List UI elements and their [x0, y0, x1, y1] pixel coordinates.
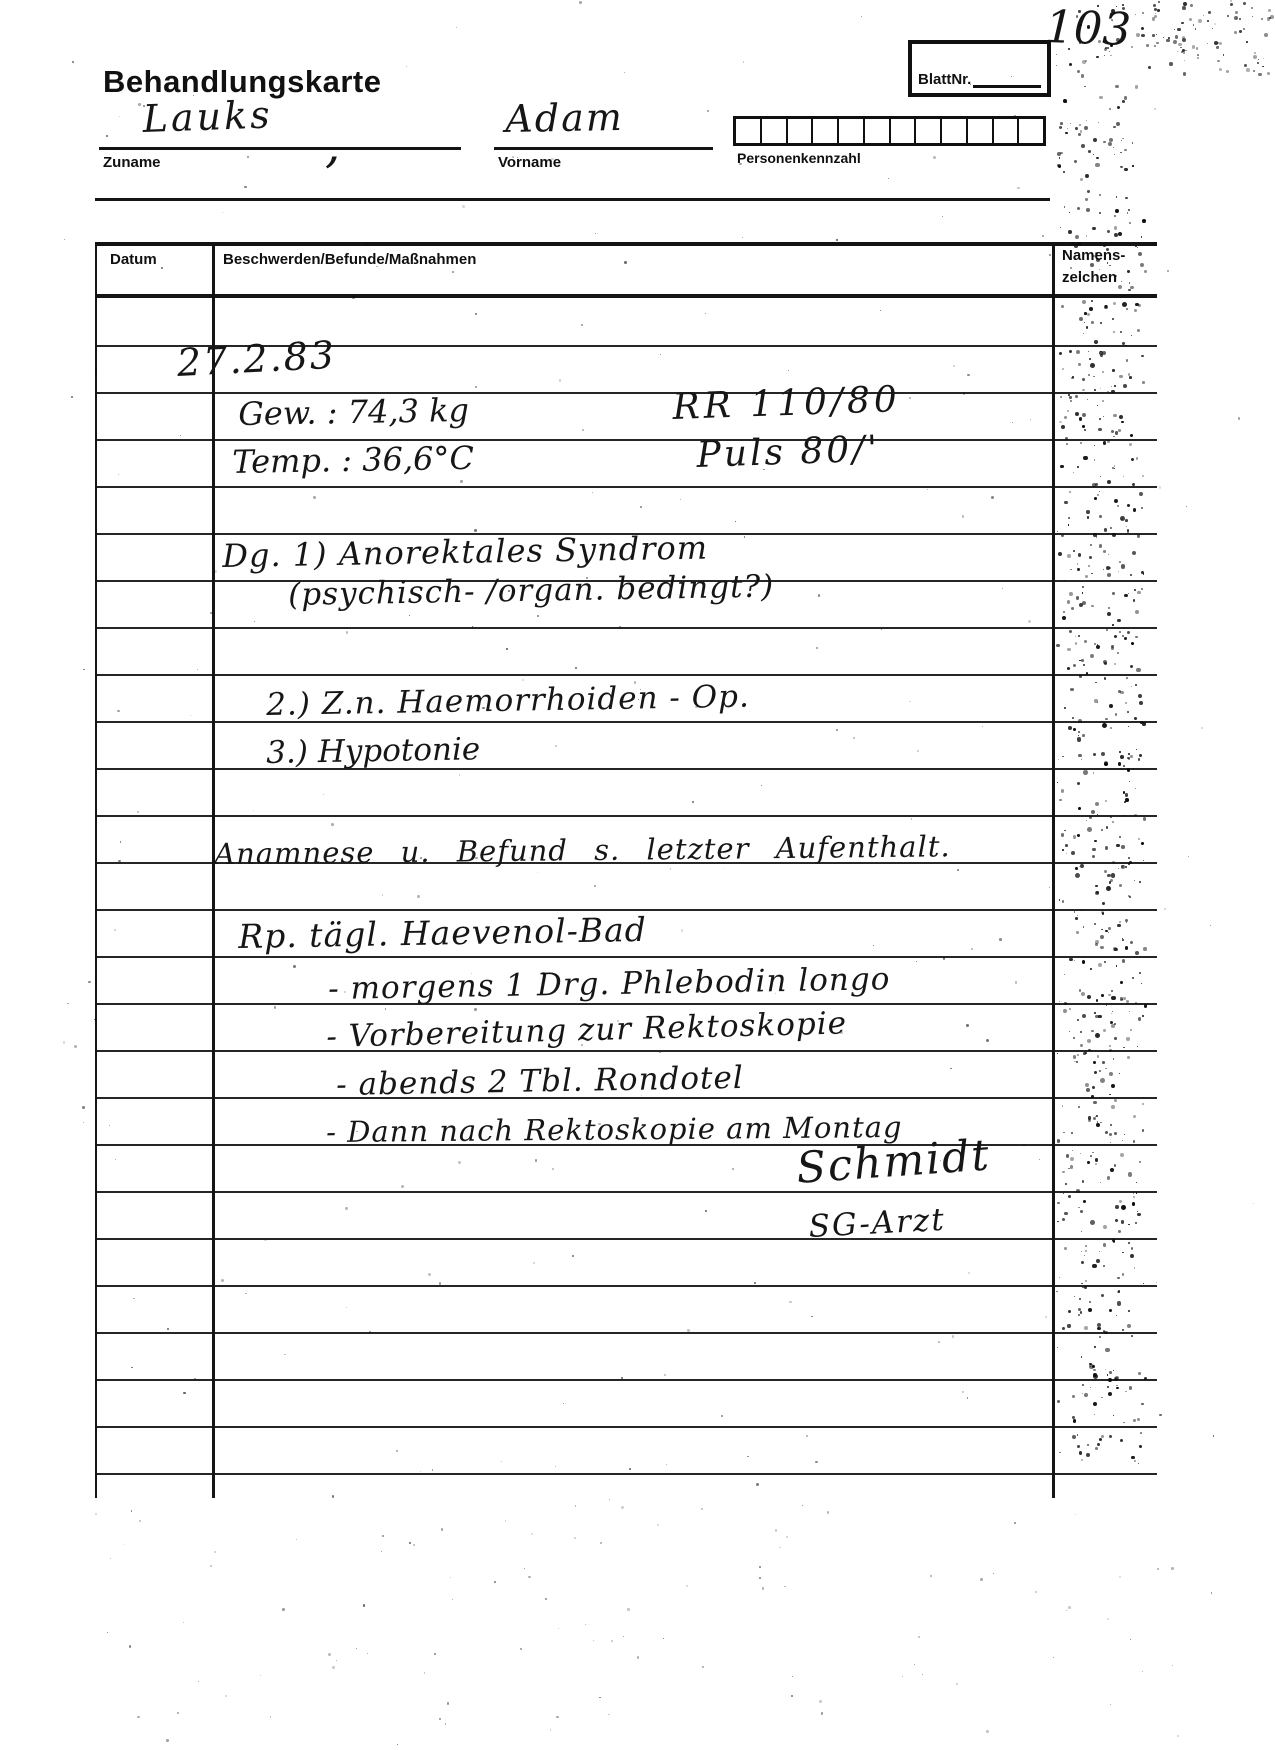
noise-speck — [1102, 351, 1106, 355]
noise-speck — [1119, 1073, 1120, 1074]
noise-speck — [114, 929, 116, 931]
noise-speck — [1124, 801, 1126, 803]
noise-speck — [1077, 1445, 1080, 1448]
pkz-cell — [762, 119, 788, 143]
noise-speck — [1114, 1377, 1118, 1381]
noise-speck — [1135, 636, 1138, 639]
noise-speck — [1102, 723, 1107, 728]
noise-speck — [881, 629, 882, 630]
noise-speck — [1061, 833, 1064, 836]
noise-speck — [918, 1636, 920, 1638]
noise-speck — [1113, 302, 1117, 306]
noise-speck — [909, 397, 911, 399]
noise-speck — [64, 239, 65, 240]
noise-speck — [680, 499, 681, 500]
noise-speck — [401, 1185, 404, 1188]
noise-speck — [574, 1537, 576, 1539]
noise-speck — [445, 1723, 447, 1725]
noise-speck — [1082, 734, 1085, 737]
noise-speck — [1102, 902, 1105, 905]
noise-speck — [916, 961, 917, 962]
column-header-beschwerden: Beschwerden/Befunde/Maßnahmen — [223, 251, 476, 268]
noise-speck — [88, 981, 91, 984]
vorname-handwritten-value: Adam — [505, 98, 624, 138]
noise-speck — [1079, 675, 1082, 678]
noise-speck — [517, 157, 518, 158]
noise-speck — [1094, 497, 1097, 500]
noise-speck — [1084, 429, 1086, 431]
noise-speck — [83, 669, 85, 671]
noise-speck — [621, 1377, 622, 1378]
noise-speck — [1119, 631, 1121, 633]
noise-speck — [1111, 1013, 1112, 1014]
noise-speck — [962, 1391, 965, 1394]
noise-speck — [328, 1653, 331, 1656]
noise-speck — [1133, 599, 1136, 602]
noise-speck — [1074, 960, 1075, 961]
noise-speck — [1107, 1618, 1109, 1620]
noise-speck — [1077, 834, 1080, 837]
noise-speck — [452, 1599, 453, 1600]
noise-speck — [1128, 1172, 1132, 1176]
noise-speck — [1088, 351, 1090, 353]
noise-speck — [1100, 322, 1102, 324]
noise-speck — [1077, 466, 1080, 469]
noise-speck — [1104, 55, 1105, 56]
noise-speck — [1152, 34, 1155, 37]
noise-speck — [1093, 1101, 1097, 1105]
noise-speck — [1102, 371, 1104, 373]
table-header-bottom-border — [95, 294, 1157, 298]
noise-speck — [1057, 782, 1058, 783]
ruled-line — [95, 956, 1157, 958]
noise-speck — [1125, 866, 1127, 868]
noise-speck — [1084, 640, 1087, 643]
noise-speck — [579, 1, 582, 4]
noise-speck — [1067, 600, 1071, 604]
noise-speck — [1223, 54, 1225, 56]
noise-speck — [458, 1161, 461, 1164]
noise-speck — [1115, 209, 1119, 213]
noise-speck — [1095, 682, 1097, 684]
noise-speck — [1068, 726, 1072, 730]
noise-speck — [1073, 728, 1077, 732]
noise-speck — [1129, 376, 1132, 379]
noise-speck — [74, 1045, 77, 1048]
noise-speck — [1137, 591, 1141, 595]
noise-speck — [1066, 443, 1068, 445]
noise-speck — [922, 1674, 923, 1675]
noise-speck — [366, 243, 368, 245]
noise-speck — [313, 496, 316, 499]
noise-speck — [1104, 762, 1108, 766]
noise-speck — [1126, 526, 1127, 527]
noise-speck — [1068, 1195, 1071, 1198]
noise-speck — [417, 895, 420, 898]
noise-speck — [1082, 586, 1084, 588]
noise-speck — [274, 1006, 277, 1009]
noise-speck — [1030, 419, 1031, 420]
noise-speck — [1143, 817, 1147, 821]
noise-speck — [1064, 501, 1068, 505]
noise-speck — [1073, 1055, 1076, 1058]
noise-speck — [1078, 133, 1081, 136]
noise-speck — [1188, 856, 1189, 857]
noise-speck — [1203, 15, 1205, 17]
noise-speck — [968, 1272, 970, 1274]
noise-speck — [1080, 1210, 1083, 1213]
noise-speck — [424, 1672, 426, 1674]
noise-speck — [1219, 68, 1222, 71]
noise-speck — [1119, 1576, 1121, 1578]
noise-speck — [1142, 219, 1146, 223]
noise-speck — [106, 135, 108, 137]
noise-speck — [1081, 1251, 1082, 1252]
noise-speck — [331, 823, 334, 826]
noise-speck — [83, 1122, 84, 1123]
noise-speck — [1079, 1451, 1082, 1454]
noise-speck — [1105, 846, 1108, 849]
noise-speck — [1133, 1419, 1136, 1422]
noise-speck — [1226, 70, 1230, 74]
noise-speck — [1078, 10, 1080, 12]
noise-speck — [1099, 491, 1100, 492]
noise-speck — [138, 103, 141, 106]
noise-speck — [1090, 968, 1092, 970]
noise-speck — [1069, 350, 1072, 353]
noise-speck — [1107, 1374, 1109, 1376]
noise-speck — [1068, 517, 1070, 519]
noise-speck — [1190, 4, 1193, 7]
noise-speck — [1113, 1058, 1114, 1059]
noise-speck — [816, 647, 818, 649]
entry-date: 27.2.83 — [176, 336, 337, 382]
noise-speck — [1079, 417, 1083, 421]
noise-speck — [1085, 174, 1090, 179]
noise-speck — [1238, 417, 1241, 420]
noise-speck — [1096, 258, 1100, 262]
noise-speck — [1157, 1568, 1158, 1569]
noise-speck — [657, 1524, 659, 1526]
noise-speck — [1059, 799, 1062, 802]
noise-speck — [1105, 718, 1108, 721]
noise-speck — [1096, 1259, 1100, 1263]
noise-speck — [1116, 122, 1121, 127]
noise-speck — [1135, 788, 1136, 789]
noise-speck — [1119, 884, 1122, 887]
noise-speck — [1234, 16, 1238, 20]
doctor-signature: Schmidt — [795, 1134, 992, 1190]
noise-speck — [1130, 1254, 1134, 1258]
noise-speck — [1090, 363, 1095, 368]
noise-speck — [1081, 1459, 1083, 1461]
noise-speck — [1075, 642, 1078, 645]
noise-speck — [1076, 15, 1079, 18]
noise-speck — [244, 186, 247, 189]
noise-speck — [1117, 1277, 1120, 1280]
noise-speck — [1068, 1606, 1071, 1609]
noise-speck — [1108, 607, 1110, 609]
noise-speck — [1073, 472, 1074, 473]
noise-speck — [594, 885, 596, 887]
noise-speck — [1121, 140, 1123, 142]
noise-speck — [938, 1341, 940, 1343]
noise-speck — [1059, 899, 1061, 901]
noise-speck — [284, 1354, 286, 1356]
noise-speck — [1056, 644, 1059, 647]
noise-speck — [1262, 66, 1264, 68]
noise-speck — [1090, 654, 1094, 658]
noise-speck — [119, 116, 120, 117]
noise-speck — [1094, 840, 1097, 843]
noise-speck — [1086, 235, 1088, 237]
noise-speck — [194, 1378, 196, 1380]
noise-speck — [1073, 1037, 1075, 1039]
noise-speck — [1120, 152, 1121, 153]
noise-speck — [1267, 17, 1271, 21]
noise-speck — [183, 1622, 184, 1623]
ruled-line — [95, 1473, 1157, 1475]
noise-speck — [1079, 989, 1082, 992]
noise-speck — [1102, 912, 1105, 915]
noise-speck — [836, 239, 837, 240]
noise-speck — [1084, 1255, 1085, 1256]
noise-speck — [1252, 16, 1253, 17]
noise-speck — [1135, 245, 1137, 247]
noise-speck — [821, 118, 822, 119]
noise-speck — [1120, 166, 1123, 169]
noise-speck — [1163, 37, 1164, 38]
noise-speck — [1062, 900, 1065, 903]
noise-speck — [1119, 836, 1122, 839]
noise-speck — [1093, 1117, 1096, 1120]
noise-speck — [1253, 55, 1257, 59]
noise-speck — [1131, 1335, 1133, 1337]
noise-speck — [1154, 108, 1156, 110]
noise-speck — [1135, 303, 1138, 306]
noise-speck — [1075, 1514, 1076, 1515]
noise-speck — [1104, 1331, 1108, 1335]
vorname-label: Vorname — [498, 154, 561, 171]
noise-speck — [1130, 574, 1132, 576]
noise-speck — [1217, 60, 1219, 62]
noise-speck — [993, 1573, 994, 1574]
noise-speck — [1142, 475, 1144, 477]
noise-speck — [1159, 1414, 1162, 1417]
noise-speck — [1014, 115, 1016, 117]
noise-speck — [1081, 1261, 1084, 1264]
diagnosis-line: (psychisch- /organ. bedingt?) — [288, 572, 774, 611]
noise-speck — [1087, 995, 1091, 999]
noise-speck — [1097, 494, 1099, 496]
noise-speck — [1264, 33, 1268, 37]
noise-speck — [1093, 376, 1095, 378]
noise-speck — [118, 474, 119, 475]
noise-speck — [1113, 436, 1115, 438]
noise-speck — [137, 1716, 140, 1719]
noise-speck — [1101, 829, 1103, 831]
noise-speck — [598, 1123, 600, 1125]
noise-speck — [563, 1403, 564, 1404]
noise-speck — [1111, 430, 1114, 433]
noise-speck — [681, 929, 684, 932]
noise-speck — [1062, 616, 1066, 620]
noise-speck — [1101, 929, 1103, 931]
noise-speck — [1074, 911, 1075, 912]
noise-speck — [385, 1008, 387, 1010]
pkz-cell — [736, 119, 762, 143]
noise-speck — [786, 1536, 788, 1538]
noise-speck — [1073, 550, 1075, 552]
noise-speck — [1089, 556, 1092, 559]
noise-speck — [482, 707, 485, 710]
noise-speck — [293, 965, 296, 968]
noise-speck — [1131, 458, 1135, 462]
noise-speck — [1092, 1152, 1094, 1154]
noise-speck — [1144, 270, 1148, 274]
noise-speck — [1239, 30, 1243, 34]
noise-speck — [1079, 1298, 1081, 1300]
noise-speck — [1072, 717, 1074, 719]
noise-speck — [953, 365, 955, 367]
namenszeichen-column-divider — [1052, 242, 1055, 1498]
personenkennzahl-label: Personenkennzahl — [737, 150, 861, 166]
noise-speck — [663, 1638, 664, 1639]
noise-speck — [1110, 1021, 1113, 1024]
noise-speck — [1065, 132, 1068, 135]
noise-speck — [1107, 1176, 1111, 1180]
noise-speck — [623, 1636, 624, 1637]
noise-speck — [1064, 707, 1067, 710]
noise-speck — [1080, 864, 1084, 868]
noise-speck — [1119, 921, 1121, 923]
therapy-line: Rp. tägl. Haevenol-Bad — [238, 913, 647, 953]
noise-speck — [1057, 164, 1060, 167]
noise-speck — [927, 489, 928, 490]
ruled-line — [95, 627, 1157, 629]
noise-speck — [827, 1511, 830, 1514]
noise-speck — [1128, 593, 1129, 594]
noise-speck — [1139, 1161, 1141, 1163]
noise-speck — [1108, 932, 1110, 934]
noise-speck — [1077, 1434, 1079, 1436]
noise-speck — [1183, 72, 1186, 75]
noise-speck — [1141, 1403, 1143, 1405]
noise-speck — [1120, 331, 1122, 333]
noise-speck — [1094, 459, 1096, 461]
noise-speck — [744, 536, 746, 538]
noise-speck — [1114, 154, 1115, 155]
noise-speck — [819, 1700, 821, 1702]
noise-speck — [450, 1577, 451, 1578]
noise-speck — [1139, 492, 1143, 496]
noise-speck — [1015, 981, 1018, 984]
noise-speck — [1111, 873, 1115, 877]
noise-speck — [528, 1576, 531, 1579]
anamnese-note: Anamnese u. Befund s. letzter Aufenthalt… — [214, 832, 951, 869]
noise-speck — [1129, 443, 1132, 446]
noise-speck — [1114, 215, 1116, 217]
noise-speck — [1099, 269, 1100, 270]
noise-speck — [1227, 15, 1229, 17]
noise-speck — [1084, 1326, 1088, 1330]
noise-speck — [1102, 1061, 1105, 1064]
noise-speck — [1061, 789, 1064, 792]
noise-speck — [1109, 265, 1110, 266]
noise-speck — [1182, 6, 1186, 10]
noise-speck — [1069, 592, 1073, 596]
noise-speck — [459, 774, 461, 776]
noise-speck — [1091, 605, 1094, 608]
noise-speck — [332, 1495, 334, 1497]
noise-speck — [950, 1068, 952, 1070]
noise-speck — [1108, 1378, 1112, 1382]
noise-speck — [1082, 592, 1084, 594]
noise-speck — [110, 1558, 111, 1559]
noise-speck — [1074, 1296, 1075, 1297]
noise-speck — [1124, 149, 1126, 151]
noise-speck — [1035, 1591, 1038, 1594]
noise-speck — [1196, 47, 1199, 50]
noise-speck — [1062, 1327, 1065, 1330]
noise-speck — [1105, 1131, 1108, 1134]
noise-speck — [702, 1666, 704, 1668]
noise-speck — [193, 95, 194, 96]
noise-speck — [1081, 992, 1085, 996]
noise-speck — [1107, 480, 1111, 484]
noise-speck — [474, 1008, 477, 1011]
noise-speck — [1185, 50, 1187, 52]
noise-speck — [1138, 252, 1142, 256]
noise-speck — [1253, 1203, 1254, 1204]
noise-speck — [460, 480, 462, 482]
noise-speck — [1085, 1280, 1087, 1282]
noise-speck — [917, 750, 919, 752]
noise-speck — [1132, 1427, 1133, 1428]
noise-speck — [1067, 667, 1070, 670]
noise-speck — [1112, 821, 1114, 823]
noise-speck — [1253, 70, 1255, 72]
noise-speck — [247, 156, 249, 158]
noise-speck — [1097, 1055, 1100, 1058]
noise-speck — [1128, 1242, 1130, 1244]
noise-speck — [1080, 442, 1082, 444]
noise-speck — [1111, 1024, 1114, 1027]
noise-speck — [1119, 561, 1121, 563]
noise-speck — [789, 1301, 791, 1303]
noise-speck — [1108, 1392, 1112, 1396]
noise-speck — [1139, 1445, 1142, 1448]
noise-speck — [1080, 1031, 1083, 1034]
noise-speck — [1075, 395, 1078, 398]
noise-speck — [1095, 802, 1099, 806]
noise-speck — [1049, 254, 1051, 256]
noise-speck — [376, 266, 377, 267]
vorname-underline — [494, 147, 713, 150]
noise-speck — [1117, 505, 1119, 507]
noise-speck — [1091, 1030, 1093, 1032]
noise-speck — [1078, 731, 1080, 733]
noise-speck — [67, 1003, 68, 1004]
noise-speck — [1085, 1250, 1087, 1252]
noise-speck — [1042, 235, 1044, 237]
noise-speck — [1087, 313, 1090, 316]
noise-speck — [397, 1744, 399, 1746]
noise-speck — [779, 1547, 780, 1548]
noise-speck — [1103, 1243, 1106, 1246]
noise-speck — [1128, 726, 1129, 727]
noise-speck — [1061, 425, 1065, 429]
